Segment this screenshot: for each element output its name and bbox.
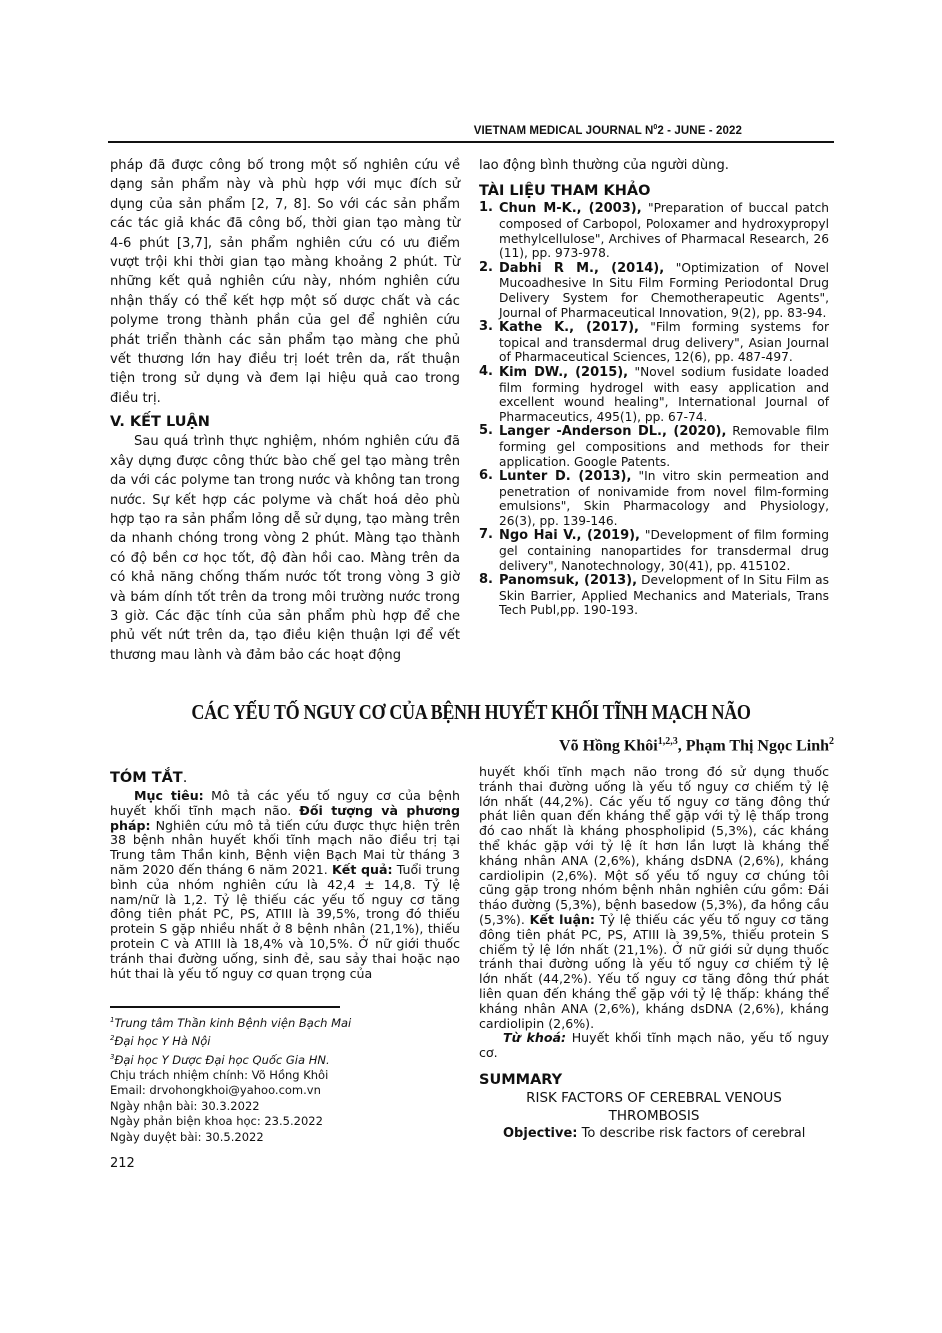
- reference-author: Kathe K., (2017),: [499, 320, 639, 335]
- reference-item: 2.Dabhi R M., (2014), "Optimization of N…: [479, 261, 829, 320]
- email: Email: drvohongkhoi@yahoo.com.vn: [110, 1083, 460, 1099]
- received-date: Ngày nhận bài: 30.3.2022: [110, 1099, 460, 1115]
- affiliation-text: Đại học Y Dược Đại học Quốc Gia HN.: [114, 1052, 329, 1066]
- abstract-heading-period: .: [183, 770, 188, 786]
- summary-objective-label: Objective:: [503, 1126, 578, 1141]
- keywords-label: Từ khoá:: [503, 1030, 566, 1045]
- reference-item: 3.Kathe K., (2017), "Film forming system…: [479, 320, 829, 365]
- reference-item: 5.Langer -Anderson DL., (2020), Removabl…: [479, 424, 829, 469]
- reference-author: Langer -Anderson DL., (2020),: [499, 424, 726, 439]
- running-head-issue: 2 - JUNE - 2022: [657, 125, 742, 137]
- abstract-continuation: huyết khối tĩnh mạch não trong đó sử dụn…: [479, 765, 829, 1031]
- results-text: Tuổi trung bình của nhóm nghiên cứu là 4…: [110, 862, 460, 981]
- conclusion-continuation: lao động bình thường của người dùng.: [479, 156, 829, 175]
- previous-article-left-column: pháp đã được công bố trong một số nghiên…: [110, 156, 460, 665]
- article-title: CÁC YẾU TỐ NGUY CƠ CỦA BỆNH HUYẾT KHỐI T…: [159, 700, 783, 725]
- footnote-rule: [110, 1006, 340, 1008]
- affiliation-text: Trung tâm Thần kinh Bệnh viện Bạch Mai: [114, 1016, 351, 1030]
- running-head: VIETNAM MEDICAL JOURNAL N02 - JUNE - 202…: [108, 124, 834, 137]
- conclusion-label: Kết luận:: [530, 912, 595, 927]
- reference-number: 8.: [479, 573, 493, 588]
- summary-title: RISK FACTORS OF CEREBRAL VENOUS THROMBOS…: [479, 1089, 829, 1125]
- header-rule: [108, 141, 834, 143]
- reference-author: Dabhi R M., (2014),: [499, 261, 664, 276]
- affiliation-text: Đại học Y Hà Nội: [114, 1034, 210, 1048]
- footnotes: 1Trung tâm Thần kinh Bệnh viện Bạch Mai …: [110, 1013, 460, 1145]
- reference-item: 4.Kim DW., (2015), "Novel sodium fusidat…: [479, 365, 829, 424]
- journal-page: VIETNAM MEDICAL JOURNAL N02 - JUNE - 202…: [0, 0, 942, 1333]
- previous-article-right-column: lao động bình thường của người dùng. TÀI…: [479, 156, 829, 618]
- abstract-heading-text: TÓM TẮT: [110, 770, 183, 786]
- reference-number: 7.: [479, 528, 493, 543]
- page-number: 212: [110, 1156, 135, 1171]
- reference-author: Lunter D. (2013),: [499, 469, 631, 484]
- running-head-text: VIETNAM MEDICAL JOURNAL N: [474, 125, 654, 137]
- discussion-paragraph: pháp đã được công bố trong một số nghiên…: [110, 156, 460, 408]
- author-affiliation-marker: 2: [829, 736, 834, 747]
- author-separator: ,: [678, 737, 686, 754]
- abstract-paragraph: Mục tiêu: Mô tả các yếu tố nguy cơ của b…: [110, 789, 460, 981]
- abstract-right-column: huyết khối tĩnh mạch não trong đó sử dụn…: [479, 765, 829, 1142]
- affiliation-2: 2Đại học Y Hà Nội: [110, 1031, 460, 1049]
- author-line: Võ Hồng Khôi1,2,3, Phạm Thị Ngọc Linh2: [108, 736, 834, 755]
- conclusion-heading: V. KẾT LUẬN: [110, 412, 460, 432]
- affiliation-3: 3Đại học Y Dược Đại học Quốc Gia HN.: [110, 1050, 460, 1068]
- reference-author: Ngo Hai V., (2019),: [499, 528, 640, 543]
- reference-author: Panomsuk, (2013),: [499, 573, 637, 588]
- reference-item: 1.Chun M-K., (2003), "Preparation of buc…: [479, 201, 829, 260]
- corresponding-author: Chịu trách nhiệm chính: Võ Hồng Khôi: [110, 1068, 460, 1084]
- summary-objective: Objective: To describe risk factors of c…: [479, 1125, 829, 1142]
- references-heading: TÀI LIỆU THAM KHẢO: [479, 181, 829, 201]
- reference-list: 1.Chun M-K., (2003), "Preparation of buc…: [479, 201, 829, 618]
- reference-number: 1.: [479, 201, 493, 216]
- author-name: Phạm Thị Ngọc Linh: [686, 737, 829, 754]
- reference-number: 2.: [479, 261, 493, 276]
- reference-number: 4.: [479, 365, 493, 380]
- objective-label: Mục tiêu:: [134, 788, 204, 803]
- summary-objective-text: To describe risk factors of cerebral: [578, 1126, 806, 1141]
- reference-number: 6.: [479, 469, 493, 484]
- affiliation-1: 1Trung tâm Thần kinh Bệnh viện Bạch Mai: [110, 1013, 460, 1031]
- reference-item: 6.Lunter D. (2013), "In vitro skin perme…: [479, 469, 829, 528]
- author-affiliation-marker: 1,2,3: [658, 736, 678, 747]
- results-label: Kết quả:: [332, 862, 392, 877]
- abstract-left-column: TÓM TẮT. Mục tiêu: Mô tả các yếu tố nguy…: [110, 768, 460, 981]
- results-continued-text: huyết khối tĩnh mạch não trong đó sử dụn…: [479, 764, 829, 927]
- review-date: Ngày phản biện khoa học: 23.5.2022: [110, 1114, 460, 1130]
- conclusion-paragraph: Sau quá trình thực nghiệm, nhóm nghiên c…: [110, 432, 460, 665]
- reference-item: 7.Ngo Hai V., (2019), "Development of fi…: [479, 528, 829, 573]
- reference-number: 5.: [479, 424, 493, 439]
- author-name: Võ Hồng Khôi: [559, 737, 658, 754]
- keywords: Từ khoá: Huyết khối tĩnh mạch não, yếu t…: [479, 1031, 829, 1061]
- conclusion-text: Tỷ lệ thiếu các yếu tố nguy cơ tăng đông…: [479, 912, 829, 1031]
- summary-heading: SUMMARY: [479, 1071, 829, 1089]
- reference-author: Chun M-K., (2003),: [499, 201, 642, 216]
- reference-item: 8.Panomsuk, (2013), Development of In Si…: [479, 573, 829, 618]
- reference-author: Kim DW., (2015),: [499, 365, 628, 380]
- abstract-heading: TÓM TẮT.: [110, 768, 460, 788]
- accepted-date: Ngày duyệt bài: 30.5.2022: [110, 1130, 460, 1146]
- reference-number: 3.: [479, 320, 493, 335]
